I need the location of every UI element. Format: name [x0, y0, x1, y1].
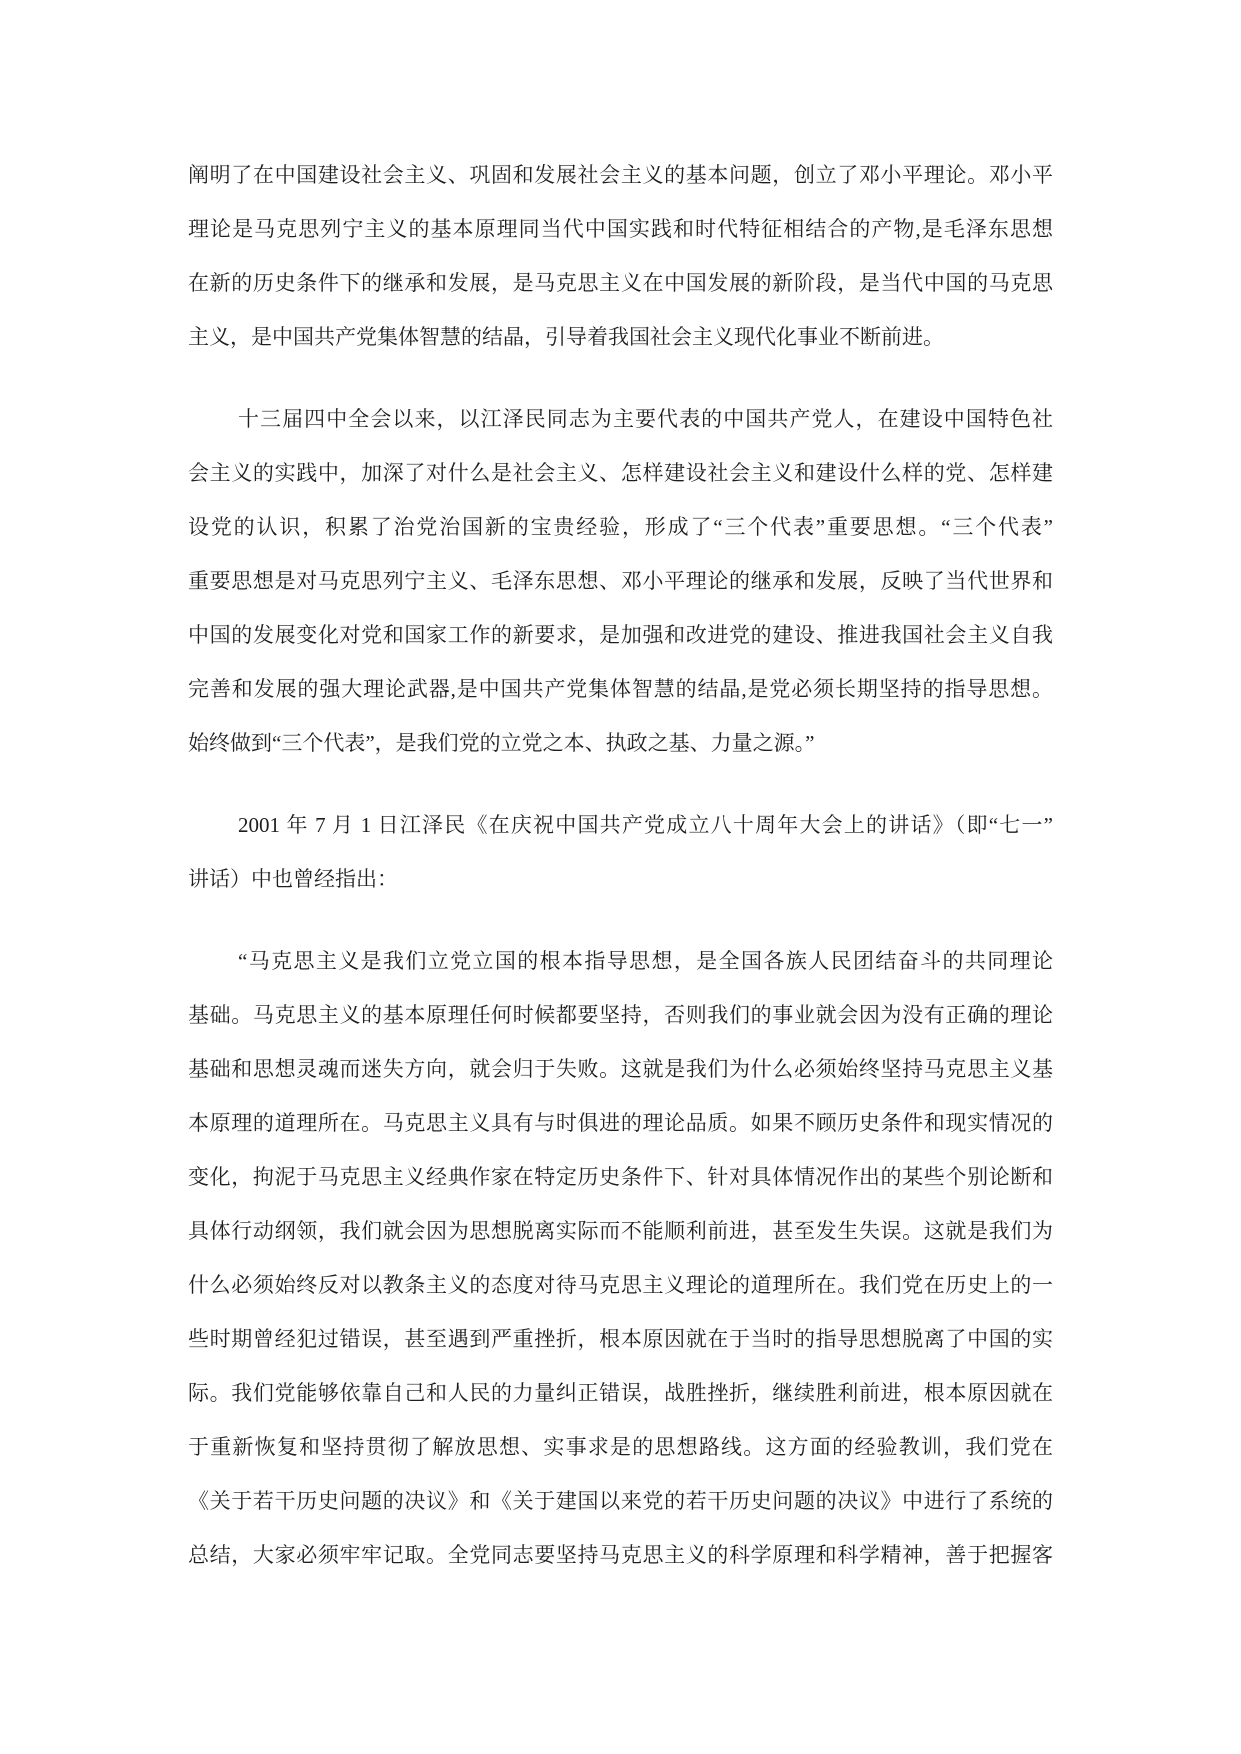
- paragraph: 阐明了在中国建设社会主义、巩固和发展社会主义的基本问题，创立了邓小平理论。邓小平…: [188, 148, 1053, 364]
- text-line: 会主义的实践中，加深了对什么是社会主义、怎样建设社会主义和建设什么样的党、怎样建: [188, 446, 1053, 500]
- paragraph: “马克思主义是我们立党立国的根本指导思想，是全国各族人民团结奋斗的共同理论基础。…: [188, 934, 1053, 1582]
- text-line: 基础和思想灵魂而迷失方向，就会归于失败。这就是我们为什么必须始终坚持马克思主义基: [188, 1042, 1053, 1096]
- text-line: 变化，拘泥于马克思主义经典作家在特定历史条件下、针对具体情况作出的某些个别论断和: [188, 1150, 1053, 1204]
- text-line: 本原理的道理所在。马克思主义具有与时俱进的理论品质。如果不顾历史条件和现实情况的: [188, 1096, 1053, 1150]
- text-line: 十三届四中全会以来，以江泽民同志为主要代表的中国共产党人，在建设中国特色社: [188, 392, 1053, 446]
- text-line: 设党的认识，积累了治党治国新的宝贵经验，形成了“三个代表”重要思想。“三个代表”: [188, 500, 1053, 554]
- text-line: 主义，是中国共产党集体智慧的结晶，引导着我国社会主义现代化事业不断前进。: [188, 310, 1053, 364]
- text-line: “马克思主义是我们立党立国的根本指导思想，是全国各族人民团结奋斗的共同理论: [188, 934, 1053, 988]
- paragraph: 2001 年 7 月 1 日江泽民《在庆祝中国共产党成立八十周年大会上的讲话》（…: [188, 798, 1053, 906]
- text-line: 际。我们党能够依靠自己和人民的力量纠正错误，战胜挫折，继续胜利前进，根本原因就在: [188, 1366, 1053, 1420]
- text-line: 2001 年 7 月 1 日江泽民《在庆祝中国共产党成立八十周年大会上的讲话》（…: [188, 798, 1053, 852]
- text-line: 重要思想是对马克思列宁主义、毛泽东思想、邓小平理论的继承和发展，反映了当代世界和: [188, 554, 1053, 608]
- text-line: 什么必须始终反对以教条主义的态度对待马克思主义理论的道理所在。我们党在历史上的一: [188, 1258, 1053, 1312]
- text-line: 些时期曾经犯过错误，甚至遇到严重挫折，根本原因就在于当时的指导思想脱离了中国的实: [188, 1312, 1053, 1366]
- text-line: 始终做到“三个代表”，是我们党的立党之本、执政之基、力量之源。”: [188, 716, 1053, 770]
- text-line: 阐明了在中国建设社会主义、巩固和发展社会主义的基本问题，创立了邓小平理论。邓小平: [188, 148, 1053, 202]
- document-page: 阐明了在中国建设社会主义、巩固和发展社会主义的基本问题，创立了邓小平理论。邓小平…: [0, 0, 1241, 1754]
- text-line: 总结，大家必须牢牢记取。全党同志要坚持马克思主义的科学原理和科学精神，善于把握客: [188, 1528, 1053, 1582]
- text-line: 于重新恢复和坚持贯彻了解放思想、实事求是的思想路线。这方面的经验教训，我们党在: [188, 1420, 1053, 1474]
- document-body: 阐明了在中国建设社会主义、巩固和发展社会主义的基本问题，创立了邓小平理论。邓小平…: [0, 0, 1053, 1582]
- text-line: 《关于若干历史问题的决议》和《关于建国以来党的若干历史问题的决议》中进行了系统的: [188, 1474, 1053, 1528]
- text-line: 理论是马克思列宁主义的基本原理同当代中国实践和时代特征相结合的产物,是毛泽东思想: [188, 202, 1053, 256]
- paragraph: 十三届四中全会以来，以江泽民同志为主要代表的中国共产党人，在建设中国特色社会主义…: [188, 392, 1053, 770]
- text-line: 中国的发展变化对党和国家工作的新要求，是加强和改进党的建设、推进我国社会主义自我: [188, 608, 1053, 662]
- text-line: 完善和发展的强大理论武器,是中国共产党集体智慧的结晶,是党必须长期坚持的指导思想…: [188, 662, 1053, 716]
- text-line: 具体行动纲领，我们就会因为思想脱离实际而不能顺利前进，甚至发生失误。这就是我们为: [188, 1204, 1053, 1258]
- text-line: 讲话）中也曾经指出：: [188, 852, 1053, 906]
- text-line: 在新的历史条件下的继承和发展，是马克思主义在中国发展的新阶段，是当代中国的马克思: [188, 256, 1053, 310]
- text-line: 基础。马克思主义的基本原理任何时候都要坚持，否则我们的事业就会因为没有正确的理论: [188, 988, 1053, 1042]
